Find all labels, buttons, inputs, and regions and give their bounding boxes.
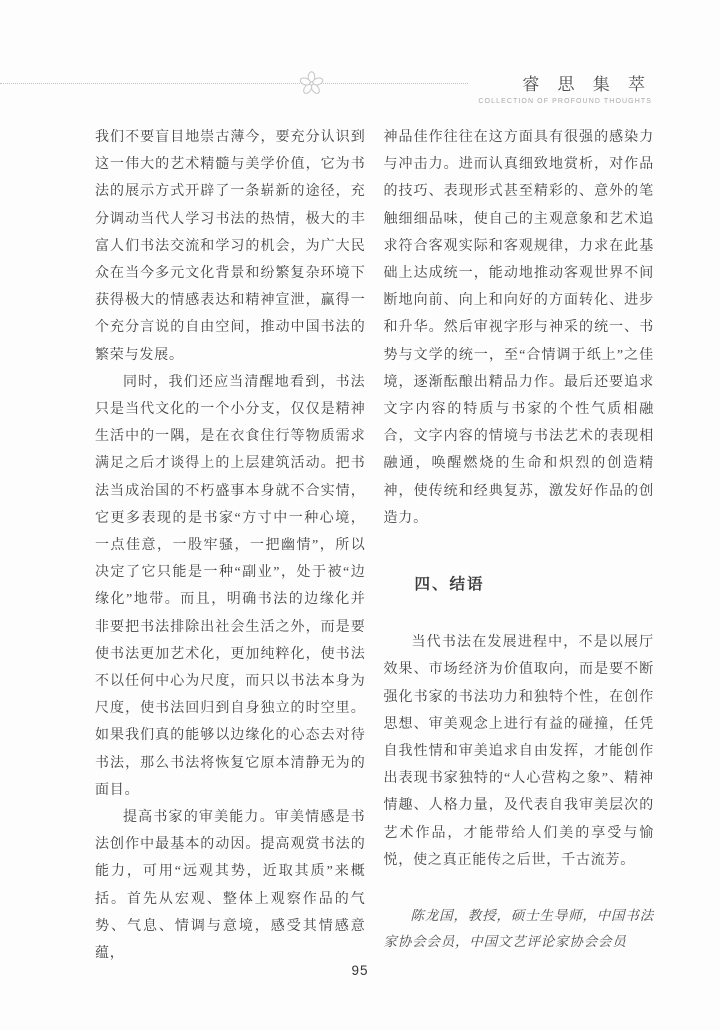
section-heading-conclusion: 四、结语 [384, 571, 655, 598]
flower-ornament-icon [298, 70, 325, 97]
page-subtitle: COLLECTION OF PROFOUND THOUGHTS [478, 98, 652, 105]
right-column: 神品佳作往往在这方面具有很强的感染力与冲击力。进而认真细致地赏析，对作品的技巧、… [384, 124, 655, 967]
paragraph: 神品佳作往往在这方面具有很强的感染力与冲击力。进而认真细致地赏析，对作品的技巧、… [384, 124, 655, 532]
paragraph: 我们不要盲目地崇古薄今，要充分认识到这一伟大的艺术精髓与美学价值，它为书法的展示… [95, 124, 366, 369]
header-title-block: 睿 思 集 萃 COLLECTION OF PROFOUND THOUGHTS [468, 70, 652, 105]
page-header: 睿 思 集 萃 COLLECTION OF PROFOUND THOUGHTS [0, 62, 720, 112]
page-title: 睿 思 集 萃 [478, 70, 652, 95]
paragraph: 提高书家的审美能力。审美情感是书法创作中最基本的动因。提高观赏书法的能力，可用“… [95, 804, 366, 967]
paragraph: 同时，我们还应当清醒地看到，书法只是当代文化的一个小分支，仅仅是精神生活中的一隅… [95, 369, 366, 804]
paragraph: 当代书法在发展进程中，不是以展厅效果、市场经济为价值取向，而是要不断强化书家的书… [384, 629, 655, 874]
document-body: 我们不要盲目地崇古薄今，要充分认识到这一伟大的艺术精髓与美学价值，它为书法的展示… [95, 124, 654, 967]
page-number: 95 [351, 963, 368, 978]
left-column: 我们不要盲目地崇古薄今，要充分认识到这一伟大的艺术精髓与美学价值，它为书法的展示… [95, 124, 366, 967]
author-bio: 陈龙国，教授，硕士生导师，中国书法家协会会员，中国文艺评论家协会会员 [384, 903, 655, 955]
scanned-document-page: 睿 思 集 萃 COLLECTION OF PROFOUND THOUGHTS … [0, 0, 720, 1031]
page-footer: 95 [0, 962, 720, 980]
